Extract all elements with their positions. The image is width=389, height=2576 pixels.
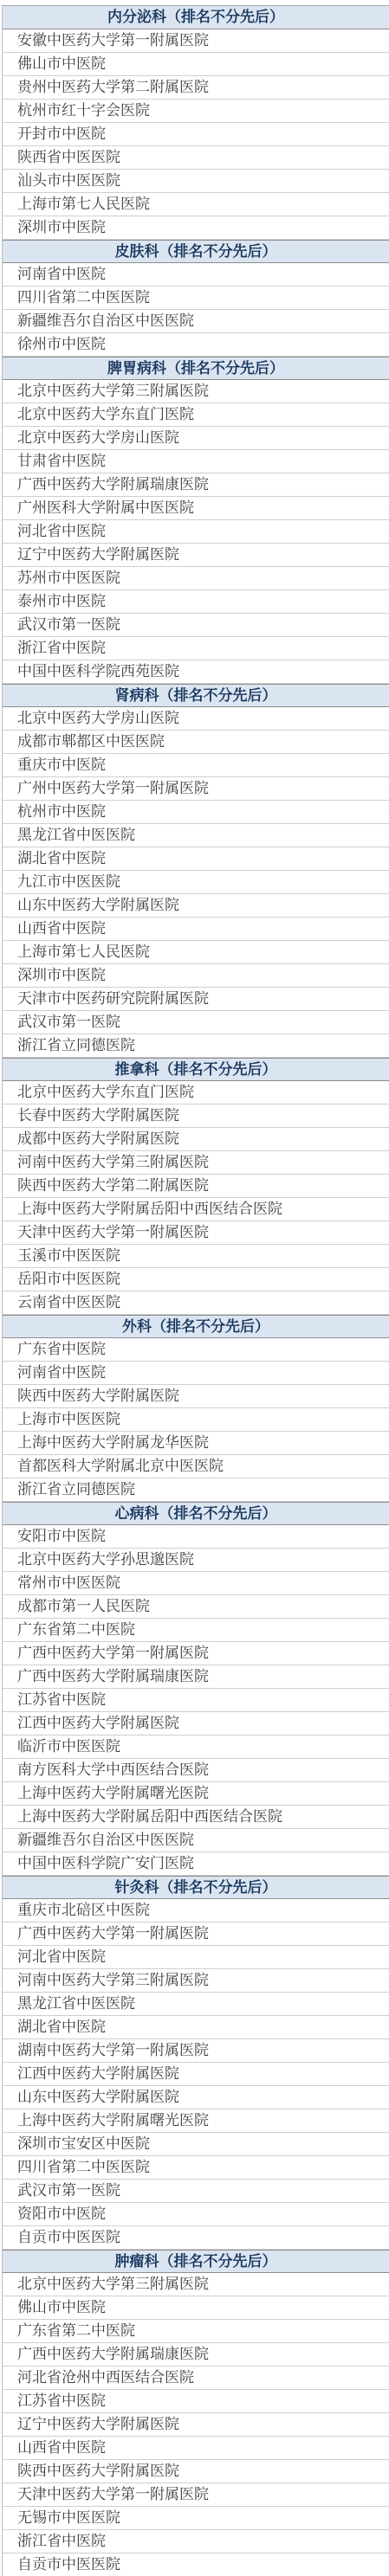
hospital-row: 成都市郫都区中医医院 [3,731,389,754]
hospital-row: 苏州市中医医院 [3,567,389,590]
hospital-row: 广西中医药大学第一附属医院 [3,1642,389,1665]
hospital-row: 武汉市第一医院 [3,1011,389,1034]
hospital-row: 开封市中医院 [3,123,389,146]
hospital-row: 浙江省中医院 [3,2530,389,2553]
hospital-row: 甘肃省中医院 [3,450,389,473]
section-header: 皮肤科（排名不分先后） [3,240,389,263]
hospital-row: 杭州市中医院 [3,801,389,824]
hospital-row: 湖南中医药大学第一附属医院 [3,2039,389,2063]
hospital-row: 江西中医药大学附属医院 [3,1712,389,1736]
specialty-section: 肿瘤科（排名不分先后） 北京中医药大学第三附属医院佛山市中医院广东省第二中医院广… [3,2250,389,2576]
hospital-row: 广州中医药大学第一附属医院 [3,777,389,801]
section-header: 肿瘤科（排名不分先后） [3,2250,389,2273]
section-header: 针灸科（排名不分先后） [3,1876,389,1899]
hospital-row: 辽宁中医药大学附属医院 [3,2413,389,2437]
hospital-row: 玉溪市中医医院 [3,1245,389,1268]
hospital-row: 广西中医药大学附属瑞康医院 [3,473,389,497]
hospital-row: 资阳市中医院 [3,2203,389,2226]
hospital-row: 江苏省中医院 [3,2390,389,2413]
specialty-section: 皮肤科（排名不分先后） 河南省中医院四川省第二中医医院新疆维吾尔自治区中医医院徐… [3,240,389,357]
hospital-row: 佛山市中医院 [3,2296,389,2320]
hospital-row: 四川省第二中医医院 [3,287,389,310]
hospital-row: 武汉市第一医院 [3,614,389,637]
hospital-row: 无锡市中医医院 [3,2507,389,2530]
hospital-row: 杭州市红十字会医院 [3,100,389,123]
hospital-row: 广东省中医院 [3,1338,389,1362]
hospital-row: 长春中医药大学附属医院 [3,1104,389,1128]
specialty-section: 心病科（排名不分先后） 安阳市中医院北京中医药大学孙思邈医院常州市中医医院成都市… [3,1502,389,1876]
hospital-row: 陕西省中医医院 [3,146,389,170]
hospital-row: 广西中医药大学附属瑞康医院 [3,2343,389,2367]
hospital-row: 上海中医药大学附属岳阳中西医结合医院 [3,1806,389,1829]
hospital-row: 湖北省中医院 [3,2016,389,2039]
hospital-row: 上海中医药大学附属龙华医院 [3,1432,389,1455]
hospital-row: 佛山市中医院 [3,53,389,76]
hospital-row: 中国中医科学院广安门医院 [3,1852,389,1876]
hospital-row: 黑龙江省中医医院 [3,824,389,847]
specialty-section: 脾胃病科（排名不分先后） 北京中医药大学第三附属医院北京中医药大学东直门医院北京… [3,357,389,684]
hospital-row: 九江市中医医院 [3,871,389,894]
hospital-row: 新疆维吾尔自治区中医医院 [3,1829,389,1852]
specialty-section: 外科（排名不分先后） 广东省中医院河南省中医院陕西中医药大学附属医院上海市中医医… [3,1315,389,1502]
hospital-row: 上海中医药大学附属曙光医院 [3,1782,389,1806]
hospital-row: 北京中医药大学东直门医院 [3,403,389,427]
hospital-row: 浙江省中医院 [3,637,389,660]
hospital-row: 深圳市中医院 [3,964,389,988]
hospital-row: 陕西中医药大学第二附属医院 [3,1175,389,1198]
hospital-row: 泰州市中医院 [3,590,389,614]
hospital-row: 河南省中医院 [3,1362,389,1385]
hospital-row: 南方医科大学中西医结合医院 [3,1759,389,1782]
hospital-row: 河北省中医院 [3,520,389,544]
hospital-row: 武汉市第一医院 [3,2180,389,2203]
hospital-row: 上海市第七人民医院 [3,941,389,964]
section-header: 脾胃病科（排名不分先后） [3,357,389,380]
specialty-section: 内分泌科（排名不分先后） 安徽中医药大学第一附属医院佛山市中医院贵州中医药大学第… [3,6,389,240]
hospital-row: 上海市第七人民医院 [3,193,389,216]
hospital-row: 广西中医药大学第一附属医院 [3,1922,389,1946]
hospital-row: 汕头市中医医院 [3,170,389,193]
hospital-row: 河南中医药大学第三附属医院 [3,1151,389,1175]
hospital-row: 广东省第二中医院 [3,2320,389,2343]
hospital-row: 江苏省中医院 [3,1689,389,1712]
hospital-row: 云南省中医医院 [3,1291,389,1315]
hospital-ranking-table: 内分泌科（排名不分先后） 安徽中医药大学第一附属医院佛山市中医院贵州中医药大学第… [2,5,389,2576]
section-header: 推拿科（排名不分先后） [3,1058,389,1081]
hospital-row: 贵州中医药大学第二附属医院 [3,76,389,100]
section-header: 外科（排名不分先后） [3,1315,389,1338]
hospital-row: 安阳市中医院 [3,1525,389,1549]
hospital-row: 天津中医药大学第一附属医院 [3,2483,389,2507]
hospital-row: 北京中医药大学房山医院 [3,427,389,450]
hospital-row: 深圳市宝安区中医院 [3,2133,389,2156]
hospital-row: 成都中医药大学附属医院 [3,1128,389,1151]
hospital-row: 河北省沧州中西医结合医院 [3,2367,389,2390]
hospital-row: 山东中医药大学附属医院 [3,894,389,918]
hospital-row: 广州医科大学附属中医医院 [3,497,389,520]
hospital-row: 新疆维吾尔自治区中医医院 [3,310,389,333]
specialty-section: 肾病科（排名不分先后） 北京中医药大学房山医院成都市郫都区中医医院重庆市中医院广… [3,684,389,1058]
section-header: 心病科（排名不分先后） [3,1502,389,1525]
hospital-row: 河北省中医院 [3,1946,389,1969]
hospital-row: 北京中医药大学第三附属医院 [3,380,389,403]
hospital-row: 重庆市北碚区中医院 [3,1899,389,1922]
hospital-row: 北京中医药大学第三附属医院 [3,2273,389,2296]
hospital-row: 常州市中医医院 [3,1572,389,1595]
hospital-row: 深圳市中医院 [3,216,389,240]
hospital-row: 四川省第二中医医院 [3,2156,389,2180]
hospital-row: 浙江省立同德医院 [3,1478,389,1502]
hospital-row: 广东省第二中医院 [3,1619,389,1642]
hospital-row: 陕西中医药大学附属医院 [3,1385,389,1408]
section-header: 肾病科（排名不分先后） [3,684,389,707]
specialty-section: 针灸科（排名不分先后） 重庆市北碚区中医院广西中医药大学第一附属医院河北省中医院… [3,1876,389,2250]
hospital-row: 山西省中医院 [3,918,389,941]
hospital-row: 徐州市中医院 [3,333,389,357]
hospital-row: 陕西中医药大学附属医院 [3,2460,389,2483]
hospital-row: 北京中医药大学房山医院 [3,707,389,731]
hospital-row: 岳阳市中医医院 [3,1268,389,1291]
specialty-section: 推拿科（排名不分先后） 北京中医药大学东直门医院长春中医药大学附属医院成都中医药… [3,1058,389,1315]
hospital-row: 湖北省中医院 [3,847,389,871]
hospital-row: 北京中医药大学东直门医院 [3,1081,389,1104]
hospital-row: 中国中医科学院西苑医院 [3,660,389,684]
hospital-row: 成都市第一人民医院 [3,1595,389,1619]
hospital-row: 河南中医药大学第三附属医院 [3,1969,389,1993]
hospital-row: 天津市中医药研究院附属医院 [3,988,389,1011]
hospital-row: 浙江省立同德医院 [3,1034,389,1058]
hospital-row: 安徽中医药大学第一附属医院 [3,29,389,53]
hospital-row: 上海市中医医院 [3,1408,389,1432]
hospital-row: 山西省中医院 [3,2437,389,2460]
hospital-row: 江西中医药大学附属医院 [3,2063,389,2086]
hospital-row: 首都医科大学附属北京中医医院 [3,1455,389,1478]
hospital-row: 上海中医药大学附属曙光医院 [3,2109,389,2133]
hospital-row: 自贡市中医医院 [3,2226,389,2250]
hospital-row: 辽宁中医药大学附属医院 [3,544,389,567]
hospital-row: 自贡市中医医院 [3,2553,389,2576]
hospital-row: 天津中医药大学第一附属医院 [3,1221,389,1245]
hospital-row: 河南省中医院 [3,263,389,287]
hospital-row: 上海中医药大学附属岳阳中西医结合医院 [3,1198,389,1221]
hospital-row: 山东中医药大学附属医院 [3,2086,389,2109]
hospital-row: 广西中医药大学附属瑞康医院 [3,1665,389,1689]
hospital-row: 黑龙江省中医医院 [3,1993,389,2016]
page: 内分泌科（排名不分先后） 安徽中医药大学第一附属医院佛山市中医院贵州中医药大学第… [0,0,389,2576]
hospital-row: 临沂市中医医院 [3,1736,389,1759]
hospital-row: 北京中医药大学孙思邈医院 [3,1549,389,1572]
section-header: 内分泌科（排名不分先后） [3,6,389,29]
hospital-row: 重庆市中医院 [3,754,389,777]
